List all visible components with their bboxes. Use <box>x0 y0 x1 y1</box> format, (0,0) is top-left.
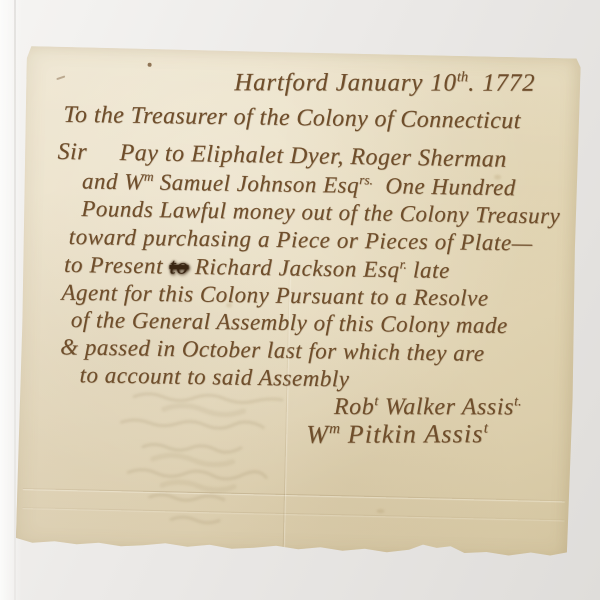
manuscript-line: Hartford January 10th. 1772 <box>234 70 535 96</box>
manuscript-line: Sir Pay to Eliphalet Dyer, Roger Sherman <box>57 140 507 172</box>
text-segment: Sir Pay to Eliphalet Dyer, Roger Sherman <box>57 139 507 173</box>
text-segment: of the General Assembly of this Colony m… <box>71 307 508 338</box>
text-segment: To the Treasurer of the Colony of Connec… <box>63 102 521 134</box>
foxing-spot <box>226 303 232 308</box>
text-segment: Hartford January 10 <box>234 69 457 96</box>
manuscript-line: toward purchasing a Piece or Pieces of P… <box>69 225 533 254</box>
manuscript-line: to Present to Richard Jackson Esqr. late <box>64 252 450 282</box>
manuscript-line: of the General Assembly of this Colony m… <box>71 308 508 337</box>
text-segment: Walker Assis <box>378 394 514 420</box>
text-segment: late <box>406 257 450 283</box>
text-segment: Agent for this Colony Pursuant to a Reso… <box>61 280 488 311</box>
text-segment: m <box>329 421 340 437</box>
text-segment: Richard Jackson Esq <box>188 254 399 282</box>
text-segment: Samuel Johnson Esq <box>153 170 359 198</box>
signature-line: Robt Walker Assist. <box>334 395 522 419</box>
manuscript-line: To the Treasurer of the Colony of Connec… <box>63 103 521 133</box>
text-segment: t. <box>514 394 521 409</box>
manuscript-line: & passed in October last for which they … <box>60 335 485 365</box>
text-segment: m <box>144 169 154 184</box>
text-segment: t <box>484 421 488 437</box>
manuscript-paper: Hartford January 10th. 1772To the Treasu… <box>16 46 581 559</box>
foxing-spot <box>376 509 384 513</box>
manuscript-line: Agent for this Colony Pursuant to a Reso… <box>61 281 488 310</box>
text-segment: and W <box>82 168 144 194</box>
ink-speck <box>148 63 152 67</box>
text-segment: toward purchasing a Piece or Pieces of P… <box>69 224 533 255</box>
foxing-spot <box>494 175 501 180</box>
signature-line: Wm Pitkin Assist <box>306 421 488 448</box>
text-segment: th <box>457 69 468 85</box>
text-segment: rs. <box>359 172 373 187</box>
backdrop-seam <box>14 0 16 600</box>
text-segment: & passed in October last for which they … <box>60 334 485 366</box>
manuscript-line: Pounds Lawful money out of the Colony Tr… <box>81 197 560 228</box>
text-segment: to Present <box>64 252 170 279</box>
text-segment: Rob <box>334 394 375 420</box>
blotted-word: to <box>169 254 188 279</box>
text-segment: Pitkin Assis <box>340 419 484 449</box>
ink-smudge <box>56 75 65 80</box>
text-segment: Pounds Lawful money out of the Colony Tr… <box>81 196 560 229</box>
ink-bleed-through <box>101 388 324 538</box>
text-segment: . 1772 <box>468 70 535 97</box>
manuscript-line: and Wm Samuel Johnson Esqrs. One Hundred <box>82 169 516 199</box>
manuscript-text: Hartford January 10th. 1772To the Treasu… <box>27 46 581 59</box>
manuscript-line: to account to said Assembly <box>79 363 349 390</box>
text-segment: to account to said Assembly <box>79 362 349 391</box>
photo-background: Hartford January 10th. 1772To the Treasu… <box>0 0 600 600</box>
